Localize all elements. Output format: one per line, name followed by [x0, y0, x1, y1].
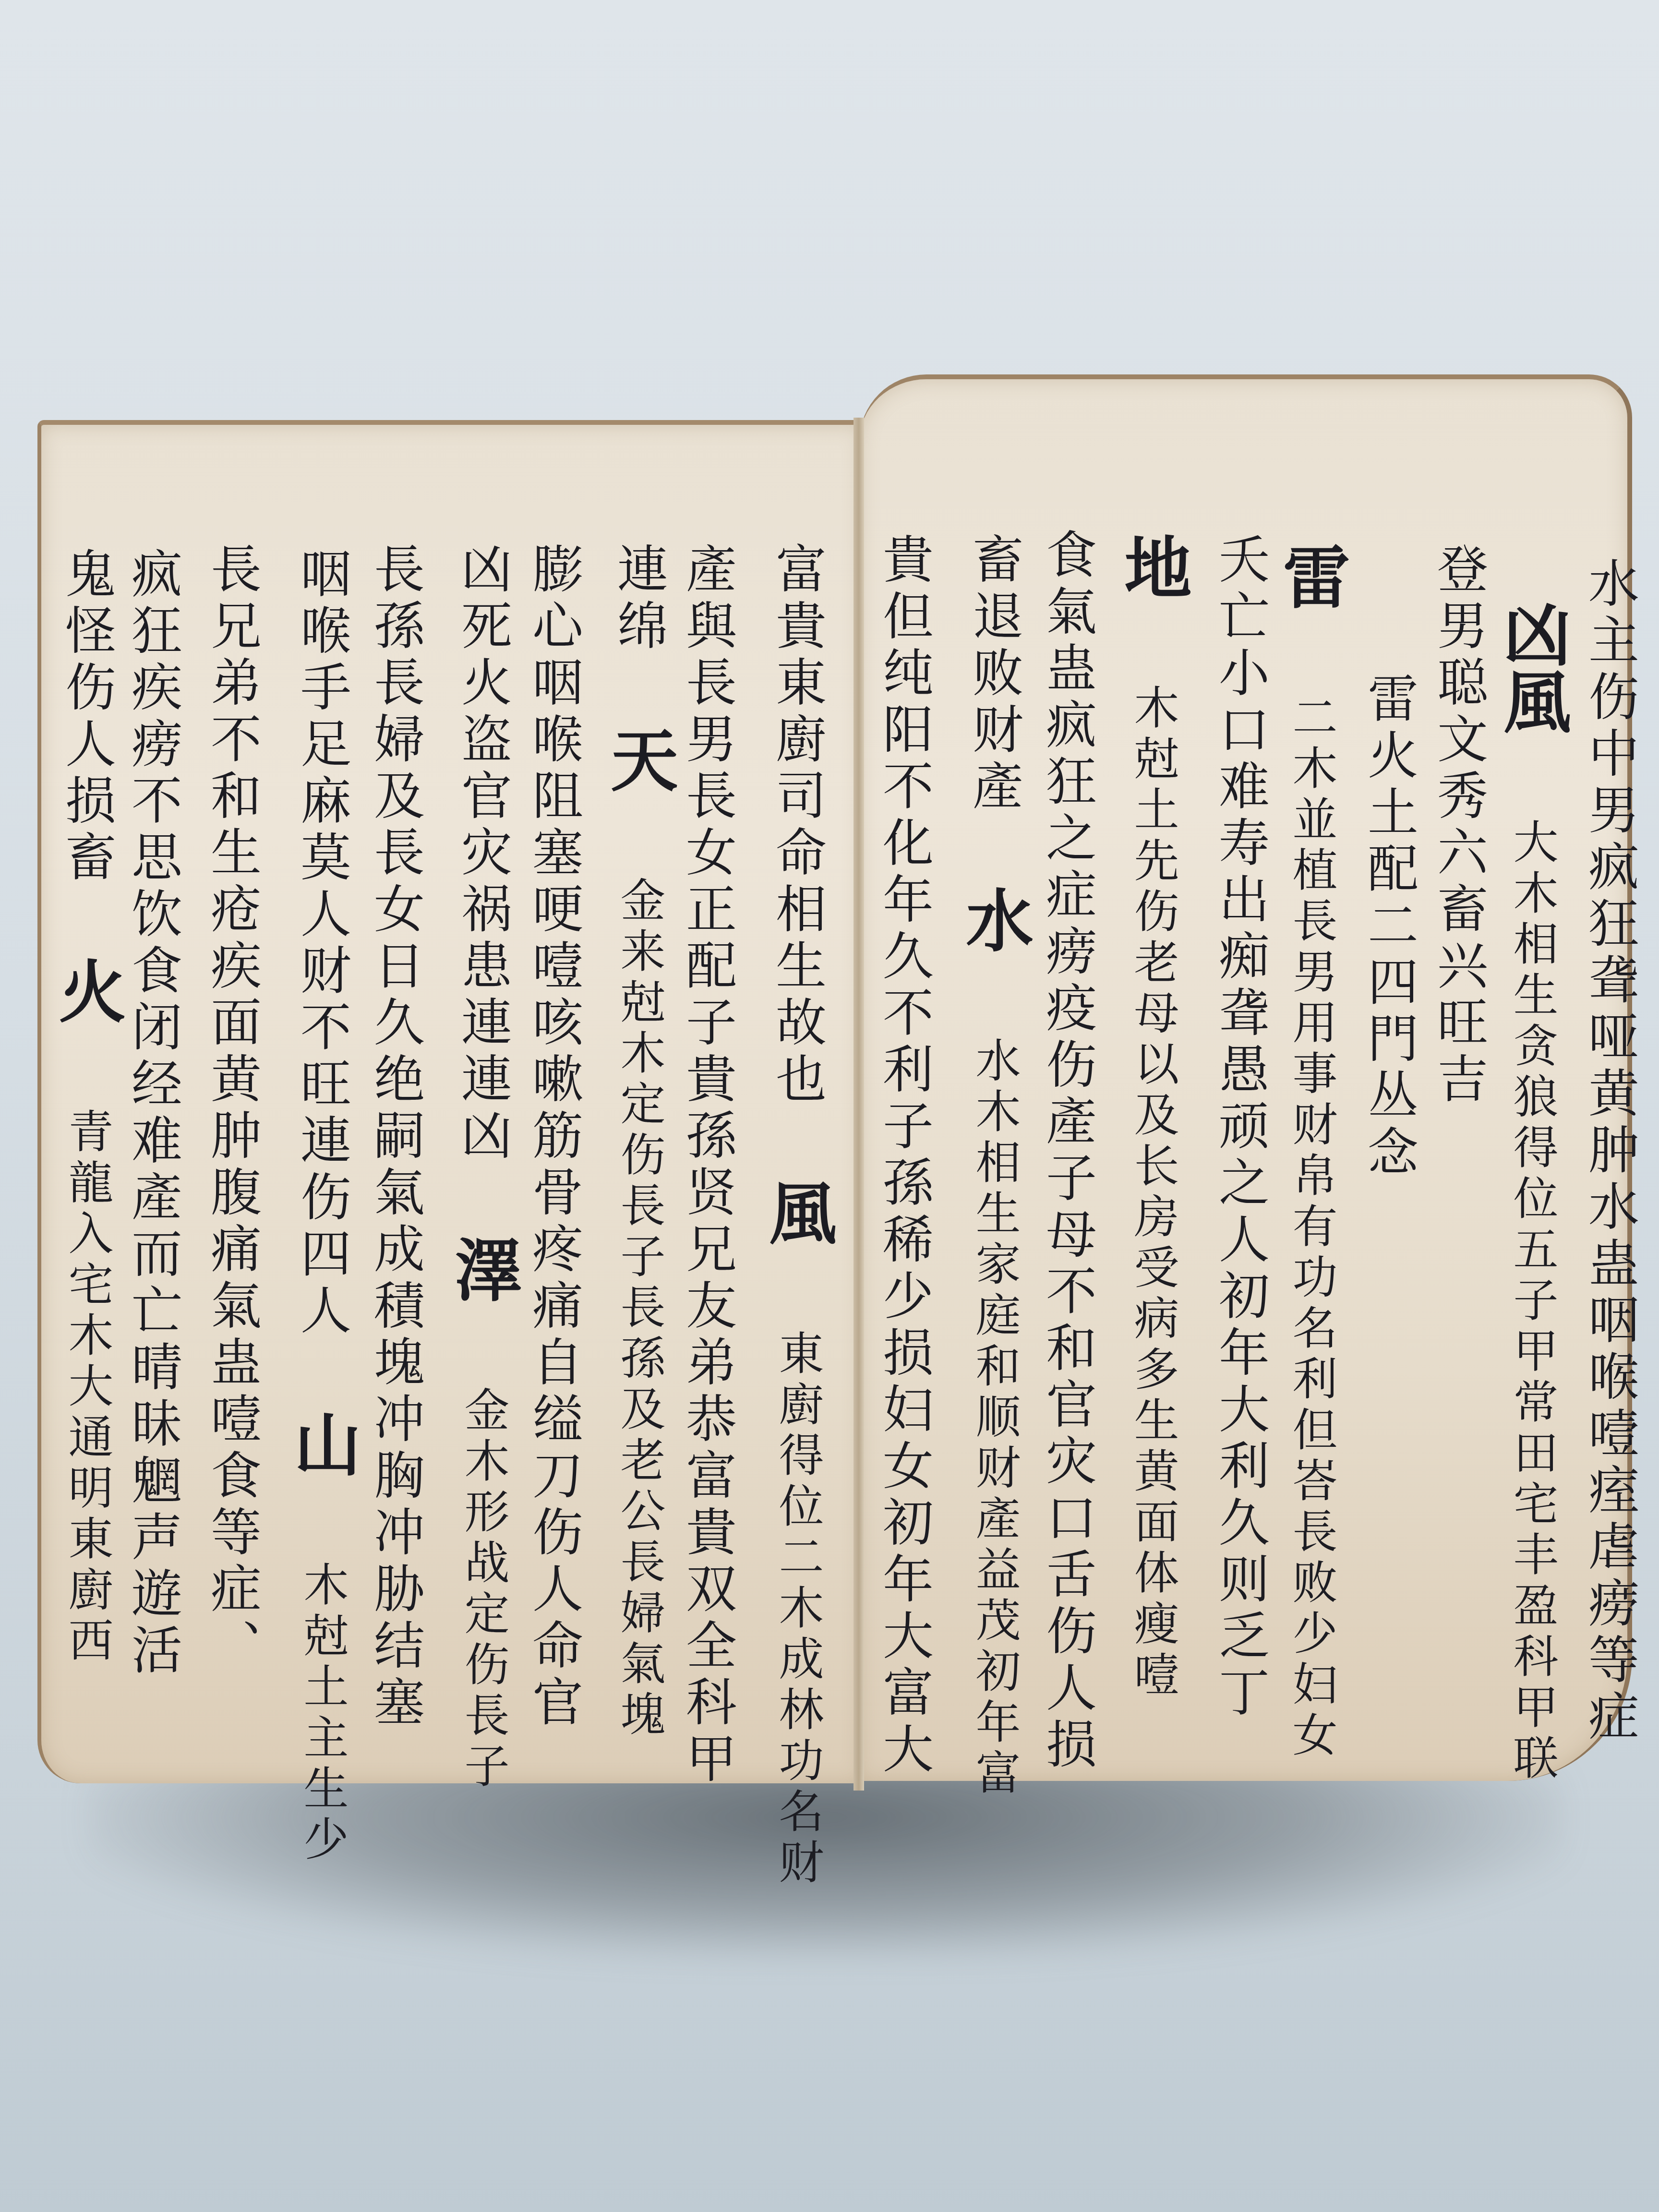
right-col-3: 登男聪文秀六畜兴旺吉	[1433, 542, 1484, 1109]
right-col-1: 水主伤中男疯狂聋哑黄肿水蛊咽喉噎痓虐痨等症	[1584, 557, 1635, 1746]
column-text-2: 金来尅木定伤長子長孫及老公長婦氣塊	[613, 877, 665, 1742]
right-col-9: 畜退败财產 水 水木相生家庭和顺财產益茂初年富	[960, 533, 1027, 1800]
right-col-6: 夭亡小口难寿出痴聋愚顽之人初年大利久则乏丁	[1214, 533, 1265, 1722]
right-col-2: 凶風 大木相生贪狼得位五子甲常田宅丰盈科甲联	[1498, 595, 1565, 1785]
column-text: 膨心咽喉阻塞哽噎咳嗽筋骨疼痛自缢刀伤人命官	[524, 542, 583, 1732]
column-text: 產與長男長女正配子貴孫贤兄友弟恭富貴双全科甲	[678, 542, 737, 1789]
column-text: 咽喉手足麻莫人财不旺連伤四人	[292, 547, 351, 1340]
column-text: 二木並植長男用事财帛有功名利但峇長败少妇女	[1285, 694, 1337, 1762]
column-heading: 山	[288, 1410, 355, 1477]
column-text: 富貴東廚司命相生故也	[768, 542, 827, 1109]
book-spine	[854, 418, 864, 1791]
left-col-10: 鬼怪伤人损畜 火 青龍入宅木大通明東廚西	[53, 547, 120, 1668]
left-col-4: 膨心咽喉阻塞哽噎咳嗽筋骨疼痛自缢刀伤人命官	[528, 542, 579, 1732]
right-col-8: 食氣蛊疯狂之症痨疫伤產子母不和官灾口舌伤人损	[1042, 528, 1093, 1774]
column-text: 貴但纯阳不化年久不利子孫稀少损妇女初年大富大	[875, 533, 934, 1779]
column-text: 大木相生贪狼得位五子甲常田宅丰盈科甲联	[1505, 818, 1558, 1785]
column-text-2: 金木形战定伤長子	[457, 1386, 509, 1793]
column-text: 鬼怪伤人损畜	[57, 547, 116, 887]
left-col-5: 凶死火盗官灾祸患連連凶 澤 金木形战定伤長子	[449, 542, 516, 1793]
column-heading: 水	[960, 886, 1027, 953]
column-heading: 天	[605, 725, 672, 793]
column-text: 夭亡小口难寿出痴聋愚顽之人初年大利久则乏丁	[1211, 533, 1270, 1722]
column-text: 疯狂疾痨不思饮食闭经难產而亡晴昧魍声遊活	[123, 547, 182, 1680]
left-col-3: 連绵 天 金来尅木定伤長子長孫及老公長婦氣塊	[605, 542, 672, 1742]
column-text: 水主伤中男疯狂聋哑黄肿水蛊咽喉噎痓虐痨等症	[1580, 557, 1639, 1746]
column-heading: 澤	[449, 1235, 516, 1302]
left-col-6: 長孫長婦及長女日久绝嗣氣成積塊冲胸冲胁结塞	[370, 542, 421, 1732]
column-text: 木尅土先伤老母以及长房受病多生黄面体瘦噎	[1126, 684, 1178, 1702]
column-text: 凶死火盗官灾祸患連連凶	[453, 542, 512, 1166]
left-col-7: 咽喉手足麻莫人财不旺連伤四人 山 木尅土主生少	[288, 547, 355, 1866]
left-col-2: 產與長男長女正配子貴孫贤兄友弟恭富貴双全科甲	[682, 542, 733, 1789]
column-text: 雷火土配二四門丛念	[1359, 672, 1419, 1182]
right-col-10: 貴但纯阳不化年久不利子孫稀少损妇女初年大富大	[878, 533, 929, 1779]
column-text-2: 水木相生家庭和顺财產益茂初年富	[968, 1037, 1020, 1800]
column-text: 長孫長婦及長女日久绝嗣氣成積塊冲胸冲胁结塞	[366, 542, 425, 1732]
column-text: 食氣蛊疯狂之症痨疫伤產子母不和官灾口舌伤人损	[1038, 528, 1097, 1774]
right-col-5: 雷 二木並植長男用事财帛有功名利但峇長败少妇女	[1277, 538, 1344, 1762]
column-text: 連绵	[609, 542, 668, 656]
right-col-7: 地 木尅土先伤老母以及长房受病多生黄面体瘦噎	[1118, 528, 1186, 1702]
column-text: 登男聪文秀六畜兴旺吉	[1429, 542, 1488, 1109]
column-heading: 火	[53, 957, 120, 1024]
left-col-1: 富貴東廚司命相生故也 風 東廚得位二木成林功名财	[763, 542, 830, 1889]
column-heading: 凶風	[1498, 600, 1565, 734]
left-col-8: 長兄弟不和生疮疾面黄肿腹痛氣蛊噎食等症、	[206, 542, 257, 1675]
column-heading: 地	[1118, 533, 1186, 600]
column-text: 長兄弟不和生疮疾面黄肿腹痛氣蛊噎食等症、	[203, 542, 262, 1675]
column-heading: 風	[763, 1178, 830, 1246]
column-heading: 雷	[1277, 542, 1344, 610]
right-col-4: 雷火土配二四門丛念	[1363, 672, 1414, 1182]
column-text: 畜退败财產	[964, 533, 1023, 816]
column-text-2: 青龍入宅木大通明東廚西	[60, 1108, 113, 1668]
column-text-2: 東廚得位二木成林功名财	[771, 1330, 823, 1889]
left-col-9: 疯狂疾痨不思饮食闭经难產而亡晴昧魍声遊活	[127, 547, 178, 1680]
column-text-2: 木尅土主生少	[296, 1561, 348, 1866]
